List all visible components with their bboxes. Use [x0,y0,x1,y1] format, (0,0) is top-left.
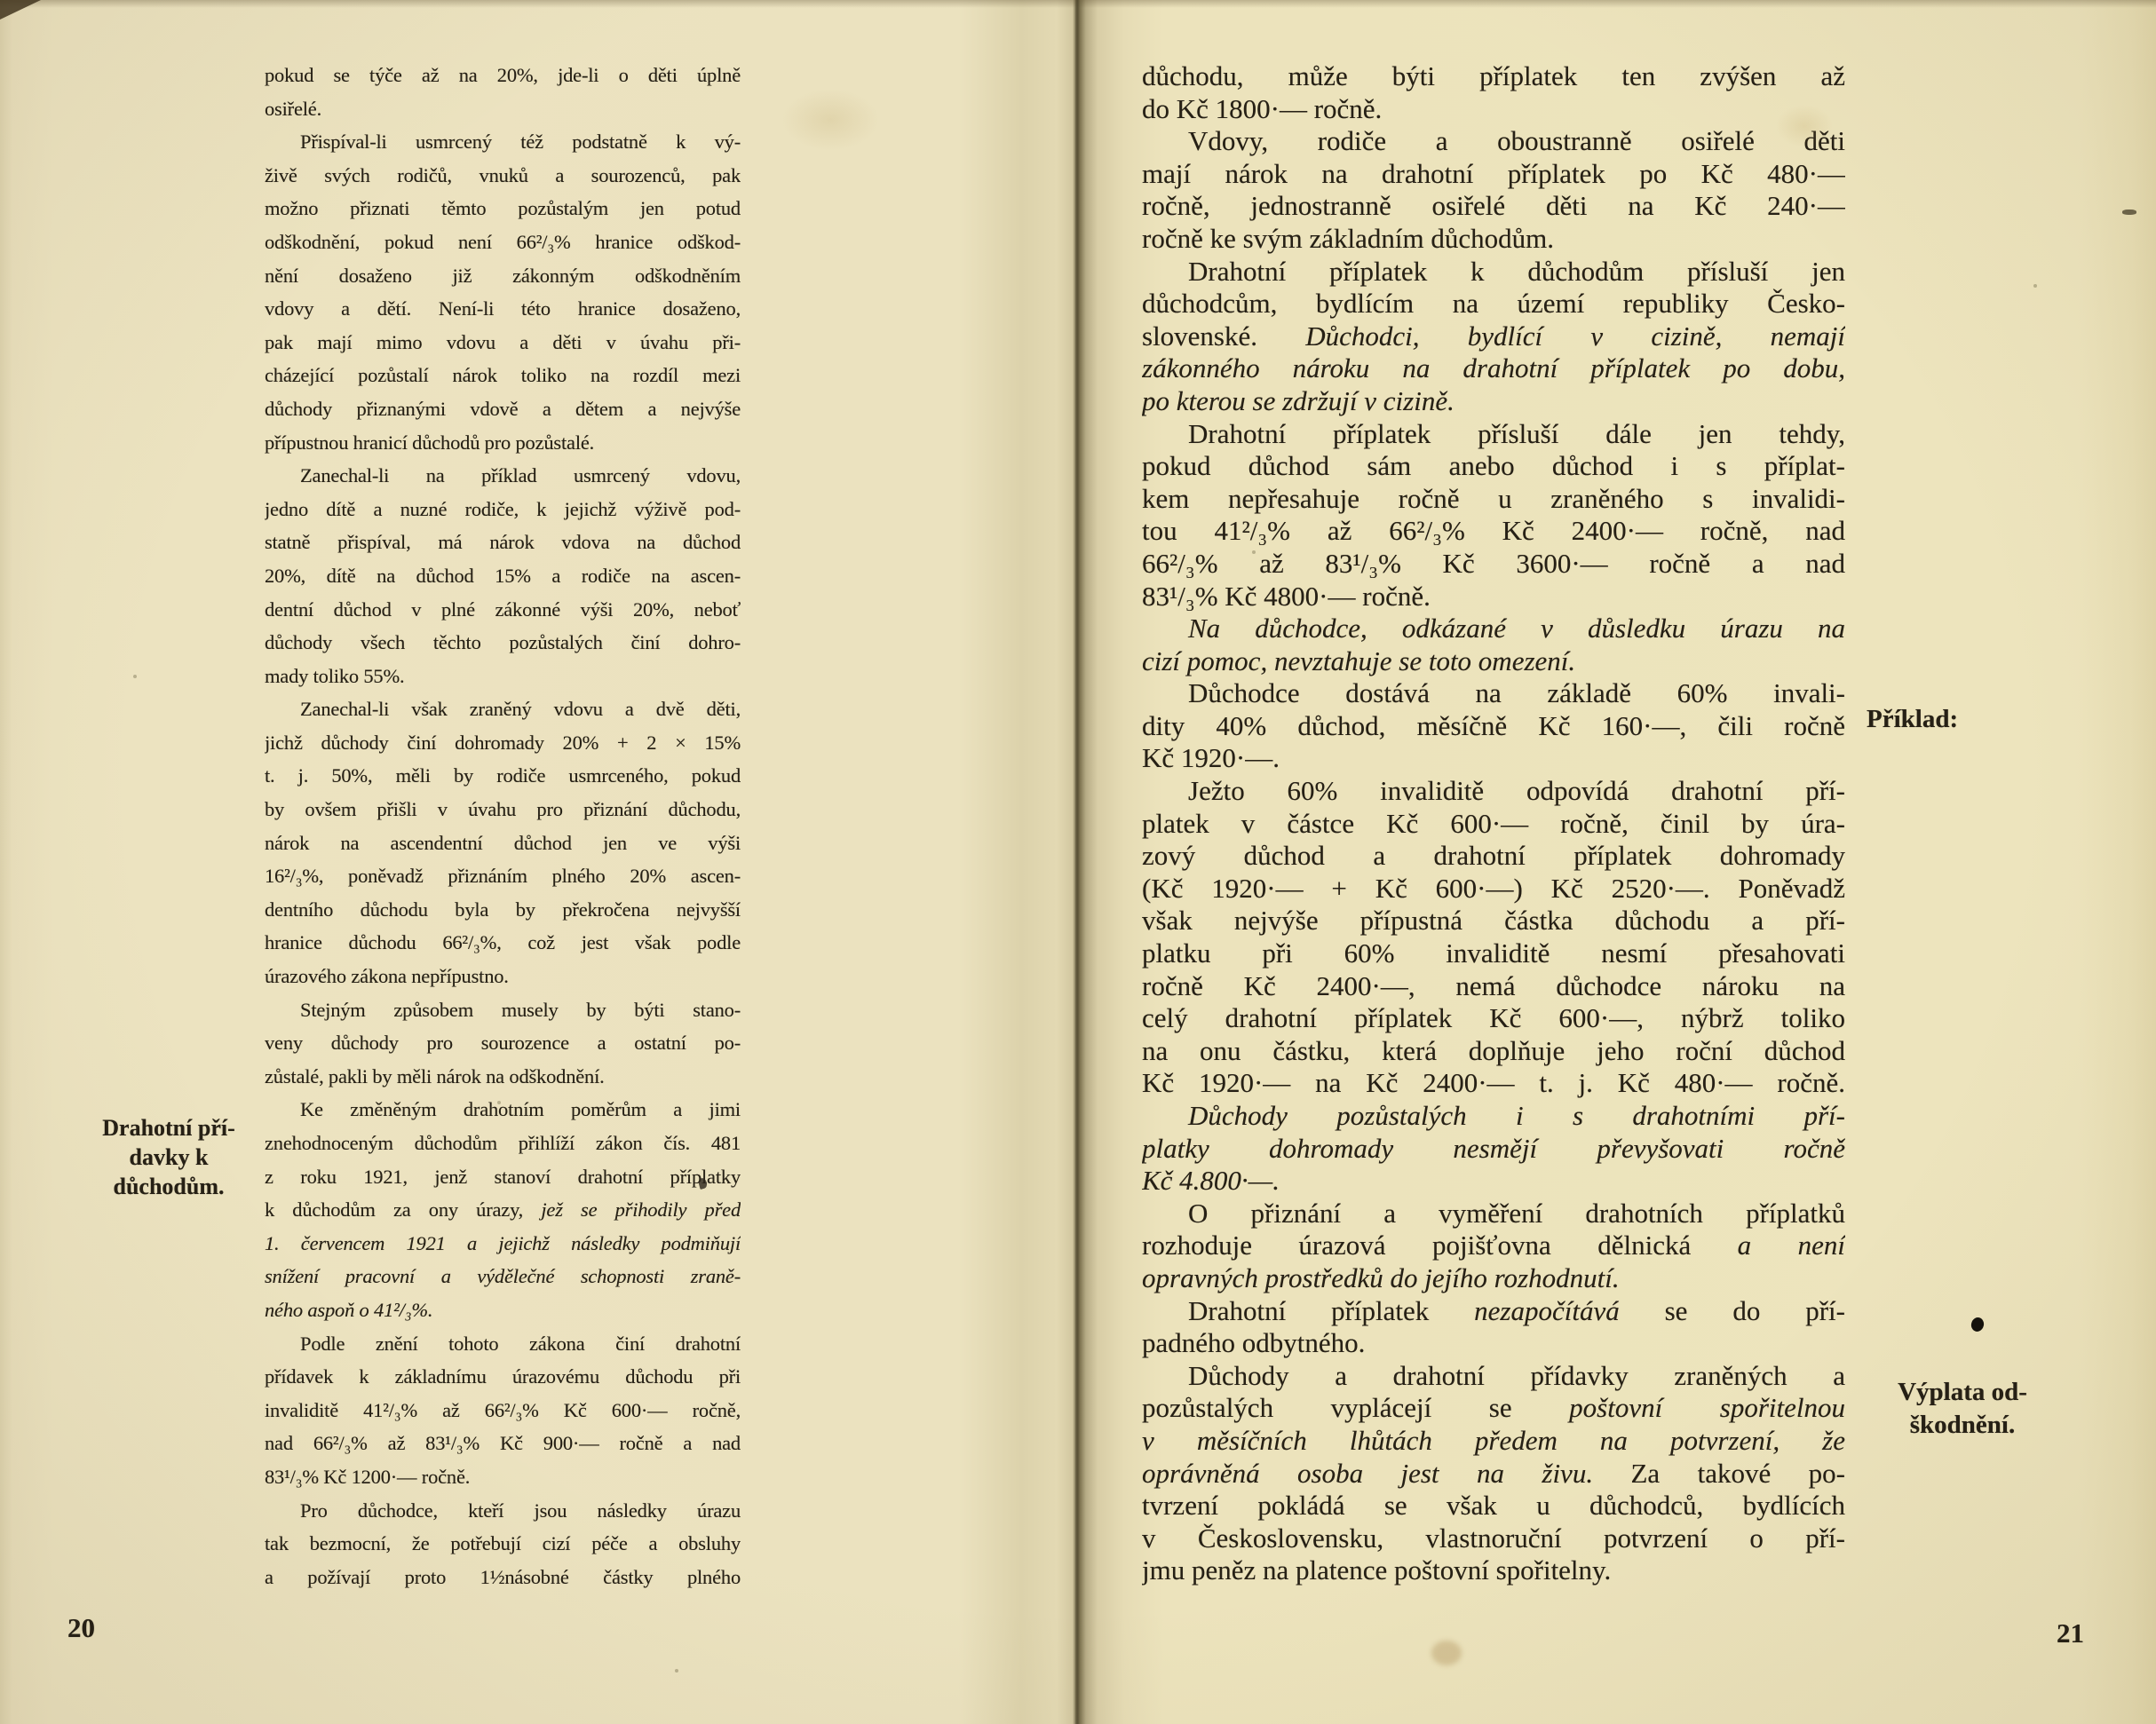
paragraph: Důchody a drahotní přídavky zraněných ap… [1142,1360,1845,1587]
text-line: tou 41²/₃% až 66²/₃% Kč 2400·— ročně, na… [1142,515,1845,548]
text-line: Kč 1920·— na Kč 2400·— t. j. Kč 480·— ro… [1142,1067,1845,1100]
margin-note-line: škodnění. [1859,1409,2065,1442]
text-line: zůstalé, pakli by měli nárok na odškodně… [265,1060,741,1094]
text-line: Kč 4.800·—. [1142,1165,1845,1198]
text-line: důchody všech těchto pozůstalých činí do… [265,626,741,660]
text-line: (Kč 1920·— + Kč 600·—) Kč 2520·—. Poněva… [1142,873,1845,905]
text-line: mady toliko 55%. [265,660,741,693]
text-line: v měsíčních lhůtách předem na potvrzení,… [1142,1425,1845,1458]
text-line: 83¹/₃% Kč 1200·— ročně. [265,1460,741,1494]
text-line: pokud se týče až na 20%, jde-li o děti ú… [265,59,741,92]
paragraph: Zanechal-li však zraněný vdovu a dvě dět… [265,692,741,992]
text-line: nění dosaženo již zákonným odškodněním [265,259,741,293]
text-line: 66²/₃% až 83¹/₃% Kč 3600·— ročně a nad [1142,548,1845,581]
paragraph: Drahotní příplatek nezapočítává se do př… [1142,1295,1845,1360]
paragraph: Na důchodce, odkázané v důsledku úrazu n… [1142,613,1845,677]
text-line: O přiznání a vyměření drahotních příplat… [1142,1198,1845,1230]
paper-speck [675,1669,678,1673]
paragraph: Vdovy, rodiče a oboustranně osiřelé děti… [1142,125,1845,255]
scan-corner-shadow [0,0,41,20]
paper-speck [497,1101,501,1104]
text-line: jedno dítě a nuzné rodiče, k jejichž výž… [265,493,741,526]
paragraph: O přiznání a vyměření drahotních příplat… [1142,1198,1845,1295]
paper-stain [1776,105,1833,147]
margin-note-line: Příklad: [1867,703,2071,735]
text-line: Zanechal-li na příklad usmrcený vdovu, [265,459,741,493]
text-line: snížení pracovní a výdělečné schopnosti … [265,1260,741,1293]
text-line: padného odbytného. [1142,1327,1845,1360]
text-line: na onu částku, která doplňuje jeho roční… [1142,1035,1845,1068]
paragraph: Ježto 60% invaliditě odpovídá drahotní p… [1142,775,1845,1100]
text-line: živě svých rodičů, vnuků a sourozenců, p… [265,159,741,193]
text-line: cizí pomoc, nevztahuje se toto omezení. [1142,645,1845,678]
text-line: mají nárok na drahotní příplatek po Kč 4… [1142,158,1845,191]
text-line: 16²/₃%, poněvadž přiznáním plného 20% as… [265,859,741,893]
page-number-right: 21 [2057,1617,2084,1649]
text-line: pokud důchod sám anebo důchod i s přípla… [1142,450,1845,483]
text-line: možno přiznati těmto pozůstalým jen potu… [265,192,741,225]
text-line: 83¹/₃% Kč 4800·— ročně. [1142,581,1845,613]
text-line: však nejvýše přípustná částka důchodu a … [1142,905,1845,937]
paragraph: Přispíval-li usmrcený též podstatně k vý… [265,125,741,459]
text-line: a požívají proto 1½násobné částky plného [265,1561,741,1594]
paper-stain [781,89,879,151]
text-line: by ovšem přišli v úvahu pro přiznání důc… [265,793,741,826]
text-line: přípustnou hranicí důchodů pro pozůstalé… [265,426,741,460]
book-spread: pokud se týče až na 20%, jde-li o děti ú… [0,0,2156,1724]
margin-note-line: důchodům. [71,1172,266,1201]
text-line: z roku 1921, jenž stanoví drahotní přípl… [265,1160,741,1194]
paragraph: Stejným způsobem musely by býti stano-ve… [265,993,741,1094]
text-line: ročně Kč 2400·—, nemá důchodce nároku na [1142,970,1845,1003]
text-line: Drahotní příplatek k důchodům přísluší j… [1142,256,1845,289]
text-line: platky dohromady nesmějí převyšovati roč… [1142,1133,1845,1166]
paragraph: Důchodce dostává na základě 60% invali-d… [1142,677,1845,775]
text-line: hranice důchodu 66²/₃%, což jest však po… [265,926,741,960]
margin-note-priklad: Příklad: [1867,703,2071,735]
text-line: nárok na ascendentní důchod jen ve výši [265,826,741,860]
text-line: Na důchodce, odkázané v důsledku úrazu n… [1142,613,1845,645]
text-line: přídavek k základnímu úrazovému důchodu … [265,1360,741,1394]
paragraph: Zanechal-li na příklad usmrcený vdovu,je… [265,459,741,692]
paper-speck [1252,550,1256,554]
text-line: Ke změněným drahotním poměrům a jimi [265,1093,741,1127]
text-line: Podle znění tohoto zákona činí drahotní [265,1327,741,1361]
text-line: jmu peněz na platence poštovní spořiteln… [1142,1554,1845,1587]
text-line: tvrzení pokládá se však u důchodců, bydl… [1142,1490,1845,1522]
text-line: dity 40% důchod, měsíčně Kč 160·—, čili … [1142,710,1845,743]
right-text-column: důchodu, může býti příplatek ten zvýšen … [1142,60,1845,1587]
left-text-column: pokud se týče až na 20%, jde-li o děti ú… [265,59,741,1594]
text-line: úrazového zákona nepřípustno. [265,960,741,993]
text-line: opravných prostředků do jejího rozhodnut… [1142,1262,1845,1295]
text-line: v Československu, vlastnoruční potvrzení… [1142,1522,1845,1555]
text-line: Přispíval-li usmrcený též podstatně k vý… [265,125,741,159]
text-line: slovenské. Důchodci, bydlící v cizině, n… [1142,320,1845,353]
text-line: Pro důchodce, kteří jsou následky úrazu [265,1494,741,1528]
margin-note-line: davky k [71,1143,266,1172]
page-number-left: 20 [67,1612,95,1644]
text-line: osiřelé. [265,92,741,126]
text-line: statně přispíval, má nárok vdova na důch… [265,526,741,559]
text-line: 20%, dítě na důchod 15% a rodiče na asce… [265,559,741,593]
paragraph: důchodu, může býti příplatek ten zvýšen … [1142,60,1845,125]
text-line: kem nepřesahuje ročně u zraněného s inva… [1142,483,1845,516]
text-line: Vdovy, rodiče a oboustranně osiřelé děti [1142,125,1845,158]
book-gutter-crease [1075,0,1082,1724]
text-line: zový důchod a drahotní příplatek dohroma… [1142,840,1845,873]
paper-speck [133,675,137,678]
text-line: veny důchody pro sourozence a ostatní po… [265,1026,741,1060]
text-line: k důchodům za ony úrazy, jež se přihodil… [265,1193,741,1227]
text-line: důchodu, může býti příplatek ten zvýšen … [1142,60,1845,93]
text-line: Důchody a drahotní přídavky zraněných a [1142,1360,1845,1393]
paper-stain [1431,1641,1462,1665]
paragraph: pokud se týče až na 20%, jde-li o děti ú… [265,59,741,125]
text-line: Drahotní příplatek nezapočítává se do př… [1142,1295,1845,1328]
text-line: Stejným způsobem musely by býti stano- [265,993,741,1027]
text-line: vdovy a dětí. Není-li této hranice dosaž… [265,292,741,326]
margin-note-vyplata-odskodneni: Výplata od-škodnění. [1859,1376,2065,1442]
text-line: důchody přiznanými vdově a dětem a nejvý… [265,392,741,426]
paragraph: Pro důchodce, kteří jsou následky úrazut… [265,1494,741,1594]
text-line: invaliditě 41²/₃% až 66²/₃% Kč 600·— roč… [265,1394,741,1427]
text-line: odškodnění, pokud není 66²/₃% hranice od… [265,225,741,259]
text-line: zákonného nároku na drahotní příplatek p… [1142,352,1845,385]
text-line: celý drahotní příplatek Kč 600·—, nýbrž … [1142,1002,1845,1035]
edge-mark [2122,210,2136,215]
paragraph: Ke změněným drahotním poměrům a jimizneh… [265,1093,741,1326]
text-line: znehodnoceným důchodům přihlíží zákon čí… [265,1127,741,1160]
paragraph: Podle znění tohoto zákona činí drahotníp… [265,1327,741,1494]
text-line: dentní důchod v plné zákonné výši 20%, n… [265,593,741,627]
paragraph: Drahotní příplatek k důchodům přísluší j… [1142,256,1845,418]
text-line: platku při 60% invaliditě nesmí přesahov… [1142,937,1845,970]
paragraph: Drahotní příplatek přísluší dále jen teh… [1142,418,1845,613]
ink-spot [1970,1316,1986,1333]
margin-note-line: Výplata od- [1859,1376,2065,1409]
text-line: cházející pozůstalí nárok toliko na rozd… [265,359,741,392]
text-line: Ježto 60% invaliditě odpovídá drahotní p… [1142,775,1845,808]
text-line: oprávněná osoba jest na živu. Za takové … [1142,1458,1845,1491]
text-line: Důchodce dostává na základě 60% invali- [1142,677,1845,710]
paper-speck [2033,284,2037,288]
text-line: po kterou se zdržují v cizině. [1142,385,1845,418]
text-line: 1. červencem 1921 a jejichž následky pod… [265,1227,741,1261]
text-line: Drahotní příplatek přísluší dále jen teh… [1142,418,1845,451]
text-line: důchodcům, bydlícím na území republiky Č… [1142,288,1845,320]
text-line: t. j. 50%, měli by rodiče usmrceného, po… [265,759,741,793]
text-line: rozhoduje úrazová pojišťovna dělnická a … [1142,1230,1845,1262]
margin-note-drahotni-pridavky: Drahotní pří-davky kdůchodům. [71,1113,266,1201]
text-line: dentního důchodu byla by překročena nejv… [265,893,741,927]
text-line: ného aspoň o 41²/₃%. [265,1293,741,1327]
text-line: Zanechal-li však zraněný vdovu a dvě dět… [265,692,741,726]
text-line: tak bezmocní, že potřebují cizí péče a o… [265,1527,741,1561]
text-line: Kč 1920·—. [1142,742,1845,775]
text-line: pak mají mimo vdovu a děti v úvahu při- [265,326,741,360]
text-line: platek v částce Kč 600·— ročně, činil by… [1142,808,1845,841]
text-line: ročně ke svým základním důchodům. [1142,223,1845,256]
text-line: nad 66²/₃% až 83¹/₃% Kč 900·— ročně a na… [265,1427,741,1460]
text-line: ročně, jednostranně osiřelé děti na Kč 2… [1142,190,1845,223]
text-line: pozůstalých vyplácejí se poštovní spořit… [1142,1392,1845,1425]
text-line: do Kč 1800·— ročně. [1142,93,1845,126]
text-line: Důchody pozůstalých i s drahotními pří- [1142,1100,1845,1133]
margin-note-line: Drahotní pří- [71,1113,266,1143]
paragraph: Důchody pozůstalých i s drahotními pří-p… [1142,1100,1845,1198]
text-line: jichž důchody činí dohromady 20% + 2 × 1… [265,726,741,760]
